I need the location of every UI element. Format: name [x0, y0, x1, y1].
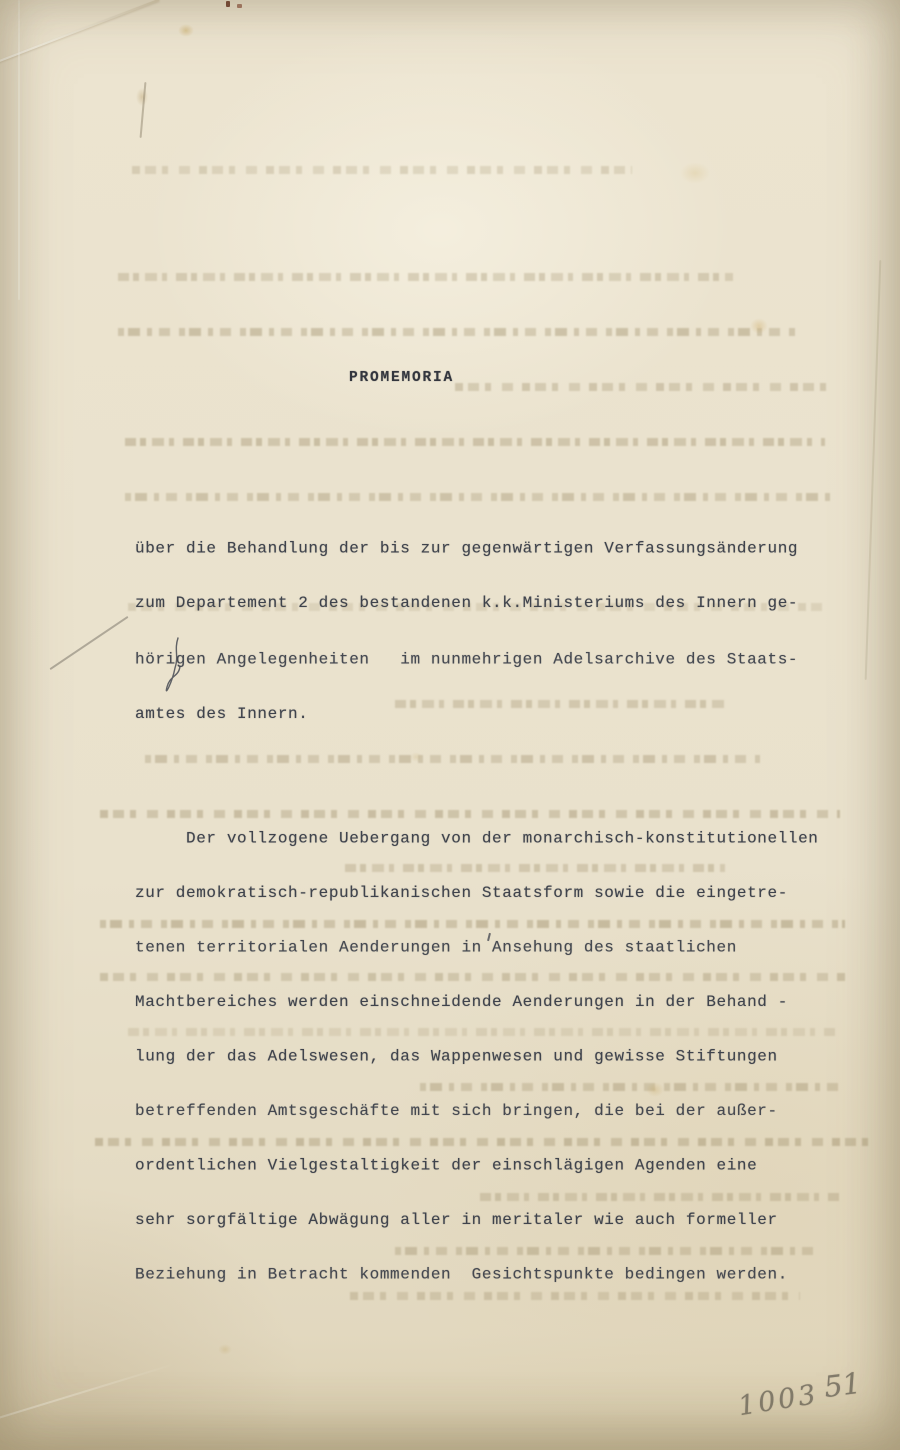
text-line: über die Behandlung der bis zur gegenwär… — [135, 522, 870, 577]
paper-stain — [680, 162, 710, 184]
pencil-number-51: 51 — [822, 1366, 863, 1404]
bleedthrough-line — [455, 383, 830, 391]
bleedthrough-line — [145, 755, 760, 763]
text-line: zur demokratisch-republikanischen Staats… — [135, 866, 870, 921]
paper-stain — [410, 752, 422, 762]
paper-stain — [218, 1344, 232, 1355]
text-line: sehr sorgfältige Abwägung aller in merit… — [135, 1193, 870, 1248]
bleedthrough-line — [118, 273, 733, 281]
bleedthrough-line — [125, 493, 835, 501]
text-line: zum Departement 2 des bestandenen k.k.Mi… — [135, 576, 870, 631]
text-line: Der vollzogene Uebergang von der monarch… — [135, 812, 870, 867]
crease-left — [140, 82, 147, 138]
text-line: ordentlichen Vielgestaltigkeit der einsc… — [135, 1139, 870, 1194]
pencil-number-1003: 1003 — [736, 1379, 821, 1422]
text-line: Machtbereiches werden einschneidende Aen… — [135, 975, 870, 1030]
ink-speck — [237, 4, 242, 8]
paper-stain — [136, 88, 148, 106]
text-line: Beziehung in Betracht kommenden Gesichts… — [135, 1248, 870, 1303]
paper-stain — [750, 318, 768, 334]
paper-stain — [178, 24, 194, 37]
crease-bottom-left — [0, 1363, 176, 1423]
crease-top-left — [0, 0, 160, 63]
pencil-stroke — [49, 616, 128, 670]
crease-left-edge — [18, 0, 20, 300]
bleedthrough-line — [132, 166, 632, 174]
text-line: betreffenden Amtsgeschäfte mit sich brin… — [135, 1084, 870, 1139]
bleedthrough-line — [118, 328, 798, 336]
document-title: PROMEMORIA — [349, 370, 454, 386]
bleedthrough-line — [125, 438, 825, 446]
text-line: lung der das Adelswesen, das Wappenwesen… — [135, 1030, 870, 1085]
paragraph-subject: über die Behandlung der bis zur gegenwär… — [135, 521, 870, 742]
text-line: tenen territorialen Aenderungen in Anseh… — [135, 921, 870, 976]
ink-speck — [226, 1, 230, 7]
text-line: amtes des Innern. — [135, 687, 870, 742]
paragraph-body: Der vollzogene Uebergang von der monarch… — [135, 811, 870, 1302]
document-page: PROMEMORIA über die Behandlung der bis z… — [0, 0, 900, 1450]
text-line: hörigen Angelegenheiten im nunmehrigen A… — [135, 632, 870, 687]
